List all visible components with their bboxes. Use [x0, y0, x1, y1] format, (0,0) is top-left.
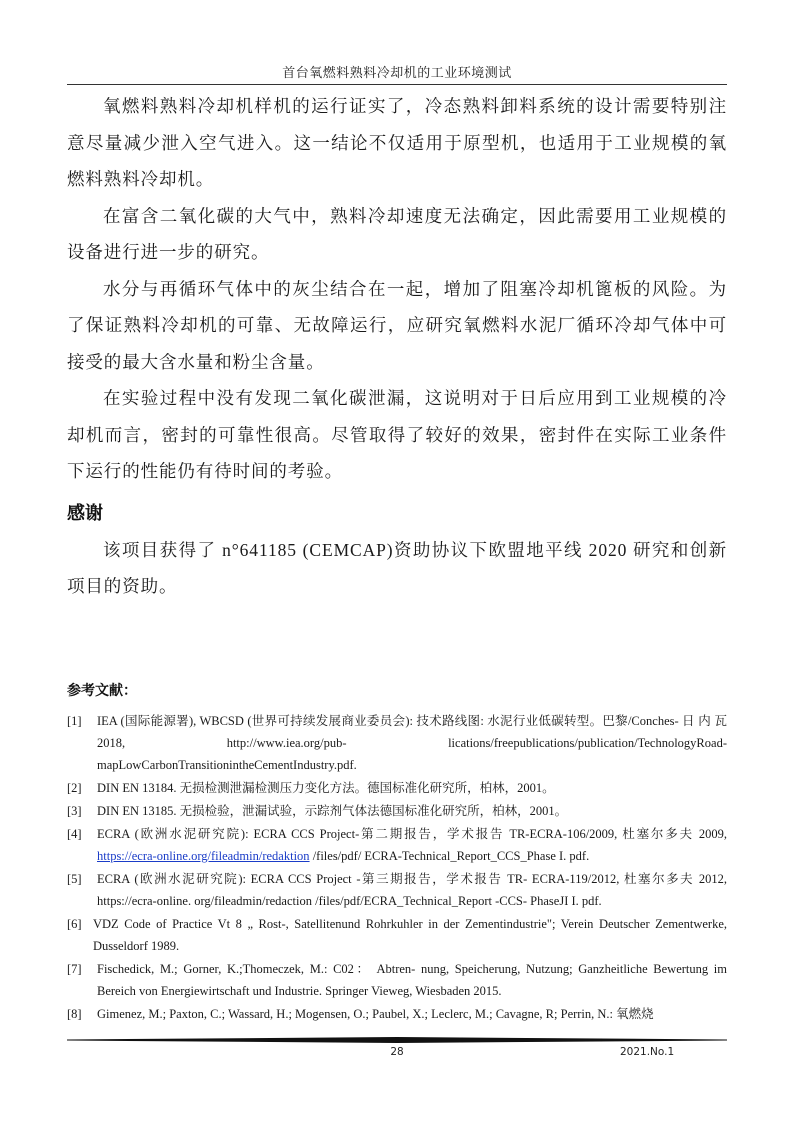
- reference-item: [7] Fischedick, M.; Gorner, K.;Thomeczek…: [67, 958, 727, 1002]
- reference-text: IEA (国际能源署), WBCSD (世界可持续发展商业委员会): 技术路线图…: [97, 714, 727, 772]
- page-number: 28: [387, 1046, 407, 1058]
- reference-text: VDZ Code of Practice Vt 8 „ Rost-, Satel…: [93, 917, 727, 953]
- reference-number: [7]: [67, 958, 82, 980]
- reference-text: DIN EN 13185. 无损检验，泄漏试验，示踪剂气体法德国标准化研究所，柏…: [97, 804, 567, 818]
- acknowledgement-text: 该项目获得了 n°641185 (CEMCAP)资助协议下欧盟地平线 2020 …: [67, 532, 727, 605]
- reference-number: [6]: [67, 913, 82, 935]
- reference-number: [8]: [67, 1003, 82, 1025]
- reference-text: Gimenez, M.; Paxton, C.; Wassard, H.; Mo…: [97, 1007, 654, 1021]
- issue-label: 2021.No.1: [620, 1046, 674, 1058]
- reference-number: [3]: [67, 800, 82, 822]
- reference-item: [4] ECRA (欧洲水泥研究院): ECRA CCS Project-第二期…: [67, 823, 727, 867]
- reference-text: Fischedick, M.; Gorner, K.;Thomeczek, M.…: [97, 962, 727, 998]
- paragraph: 水分与再循环气体中的灰尘结合在一起，增加了阻塞冷却机篦板的风险。为了保证熟料冷却…: [67, 271, 727, 381]
- references-heading: 参考文献：: [67, 680, 727, 702]
- paragraph: 在富含二氧化碳的大气中，熟料冷却速度无法确定，因此需要用工业规模的设备进行进一步…: [67, 198, 727, 271]
- references: 参考文献： [1] IEA (国际能源署), WBCSD (世界可持续发展商业委…: [67, 680, 727, 1026]
- reference-item: [3] DIN EN 13185. 无损检验，泄漏试验，示踪剂气体法德国标准化研…: [67, 800, 727, 822]
- reference-link[interactable]: https://ecra-online.org/fileadmin/redakt…: [97, 849, 310, 863]
- reference-number: [1]: [67, 710, 82, 732]
- reference-item: [1] IEA (国际能源署), WBCSD (世界可持续发展商业委员会): 技…: [67, 710, 727, 776]
- reference-text: DIN EN 13184. 无损检测泄漏检测压力变化方法。德国标准化研究所，柏林…: [97, 781, 555, 795]
- reference-item: [6] VDZ Code of Practice Vt 8 „ Rost-, S…: [67, 913, 727, 957]
- header-rule: [67, 84, 727, 85]
- reference-number: [2]: [67, 777, 82, 799]
- footer-rule: [67, 1037, 727, 1043]
- acknowledgement-heading: 感谢: [67, 499, 727, 529]
- reference-item: [5] ECRA (欧洲水泥研究院): ECRA CCS Project -第三…: [67, 868, 727, 912]
- paragraph: 在实验过程中没有发现二氧化碳泄漏，这说明对于日后应用到工业规模的冷却机而言，密封…: [67, 380, 727, 490]
- running-header: 首台氧燃料熟料冷却机的工业环境测试: [67, 62, 727, 81]
- reference-item: [2] DIN EN 13184. 无损检测泄漏检测压力变化方法。德国标准化研究…: [67, 777, 727, 799]
- reference-text: ECRA (欧洲水泥研究院): ECRA CCS Project-第二期报告，学…: [97, 827, 727, 841]
- paragraph: 氧燃料熟料冷却机样机的运行证实了，冷态熟料卸料系统的设计需要特别注意尽量减少泄入…: [67, 88, 727, 198]
- body-text: 氧燃料熟料冷却机样机的运行证实了，冷态熟料卸料系统的设计需要特别注意尽量减少泄入…: [67, 88, 727, 605]
- reference-number: [4]: [67, 823, 82, 845]
- reference-number: [5]: [67, 868, 82, 890]
- reference-text: /files/pdf/ ECRA-Technical_Report_CCS_Ph…: [310, 849, 590, 863]
- reference-text: ECRA (欧洲水泥研究院): ECRA CCS Project -第三期报告，…: [97, 872, 727, 908]
- reference-item: [8] Gimenez, M.; Paxton, C.; Wassard, H.…: [67, 1003, 727, 1025]
